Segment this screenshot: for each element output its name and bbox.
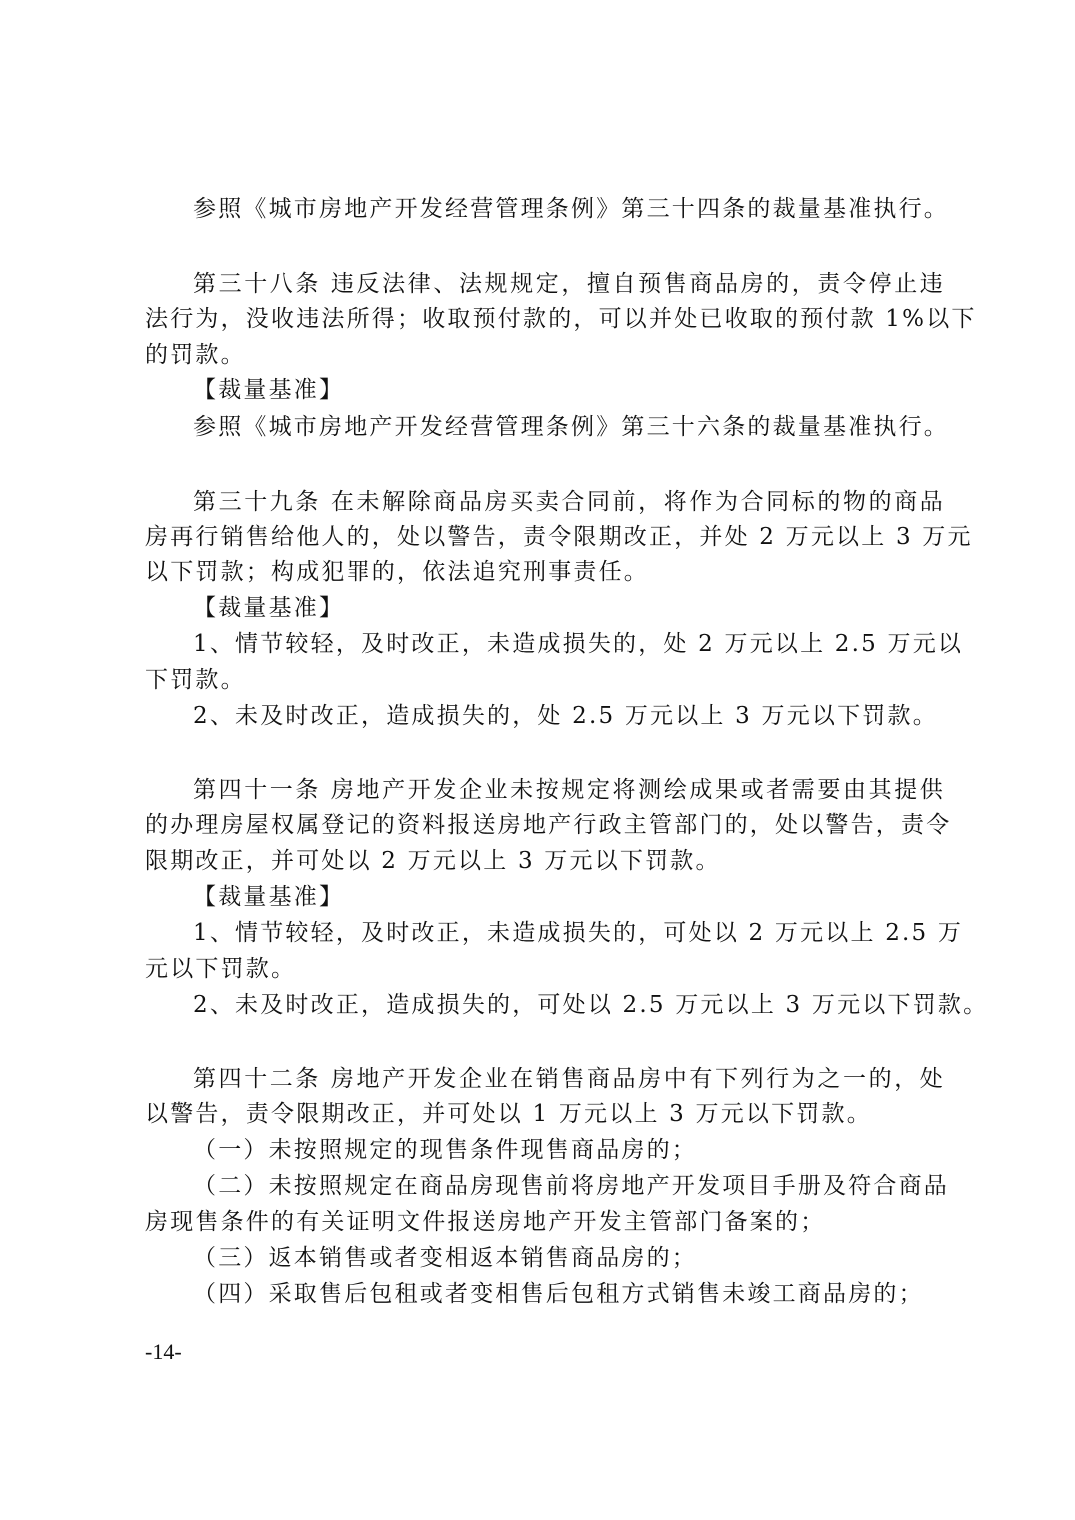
article-41-line: 的办理房屋权属登记的资料报送房地产行政主管部门的，处以警告，责令	[145, 808, 945, 842]
discretion-standard-item: 2、未及时改正，造成损失的，可处以 2.5 万元以上 3 万元以下罚款。	[193, 988, 945, 1022]
discretion-standard-heading: 【裁量基准】	[193, 591, 945, 625]
paragraph-line: 参照《城市房地产开发经营管理条例》第三十四条的裁量基准执行。	[193, 192, 945, 226]
page-number: -14-	[145, 1337, 182, 1367]
article-42-line: 以警告，责令限期改正，并可处以 1 万元以上 3 万元以下罚款。	[145, 1097, 945, 1131]
article-42-list-item: （三）返本销售或者变相返本销售商品房的；	[193, 1241, 945, 1275]
document-page: 参照《城市房地产开发经营管理条例》第三十四条的裁量基准执行。 第三十八条 违反法…	[0, 0, 1075, 1520]
article-41-line: 限期改正，并可处以 2 万元以上 3 万元以下罚款。	[145, 844, 945, 878]
discretion-standard-item: 下罚款。	[145, 663, 945, 697]
article-42-list-item: （二）未按照规定在商品房现售前将房地产开发项目手册及符合商品	[193, 1169, 945, 1203]
discretion-standard-item: 2、未及时改正，造成损失的，处 2.5 万元以上 3 万元以下罚款。	[193, 699, 945, 733]
article-39-line: 以下罚款；构成犯罪的，依法追究刑事责任。	[145, 555, 945, 589]
article-39-heading-line: 第三十九条 在未解除商品房买卖合同前，将作为合同标的物的商品	[193, 485, 945, 519]
article-41-heading-line: 第四十一条 房地产开发企业未按规定将测绘成果或者需要由其提供	[193, 773, 945, 807]
discretion-standard-item: 1、情节较轻，及时改正，未造成损失的，处 2 万元以上 2.5 万元以	[193, 627, 945, 661]
article-38-line: 法行为，没收违法所得；收取预付款的，可以并处已收取的预付款 1%以下	[145, 302, 945, 336]
article-38-heading-line: 第三十八条 违反法律、法规规定，擅自预售商品房的，责令停止违	[193, 267, 945, 301]
discretion-standard-heading: 【裁量基准】	[193, 880, 945, 914]
discretion-standard-text: 参照《城市房地产开发经营管理条例》第三十六条的裁量基准执行。	[193, 410, 945, 444]
discretion-standard-item: 1、情节较轻，及时改正，未造成损失的，可处以 2 万元以上 2.5 万	[193, 916, 945, 950]
article-39-line: 房再行销售给他人的，处以警告，责令限期改正，并处 2 万元以上 3 万元	[145, 520, 945, 554]
article-42-list-item: （四）采取售后包租或者变相售后包租方式销售未竣工商品房的；	[193, 1277, 945, 1311]
article-38-line: 的罚款。	[145, 338, 945, 372]
article-42-list-item: （一）未按照规定的现售条件现售商品房的；	[193, 1133, 945, 1167]
article-42-list-item: 房现售条件的有关证明文件报送房地产开发主管部门备案的；	[145, 1205, 945, 1239]
discretion-standard-heading: 【裁量基准】	[193, 373, 945, 407]
discretion-standard-item: 元以下罚款。	[145, 952, 945, 986]
article-42-heading-line: 第四十二条 房地产开发企业在销售商品房中有下列行为之一的，处	[193, 1062, 945, 1096]
